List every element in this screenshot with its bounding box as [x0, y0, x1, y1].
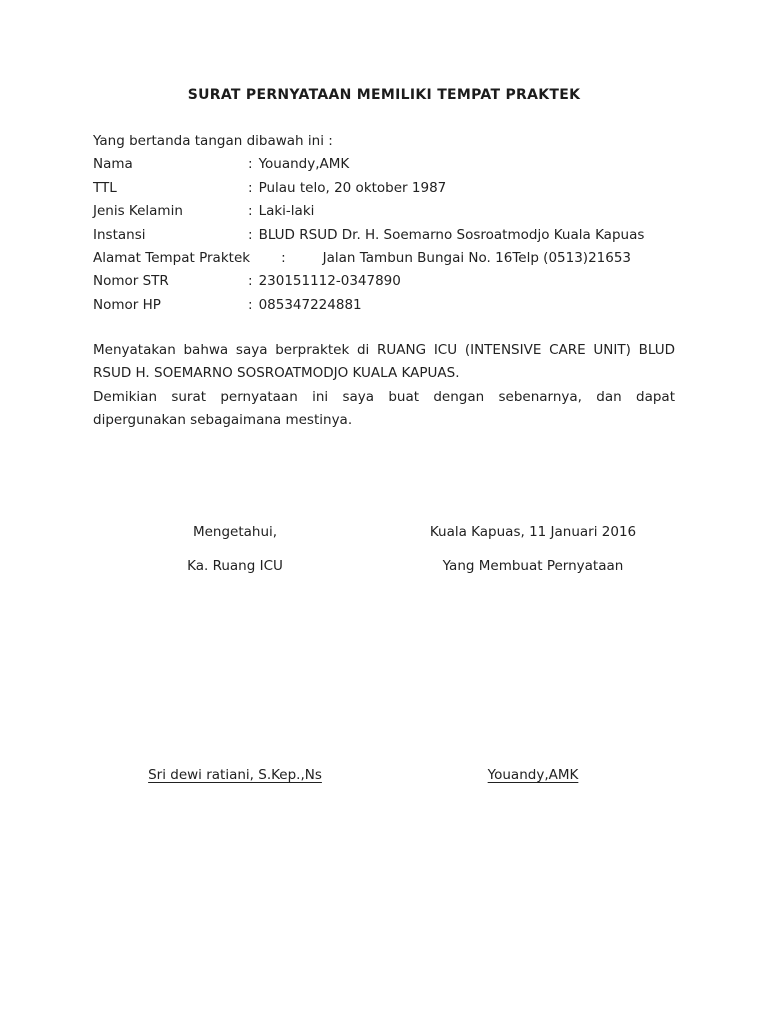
field-value: 085347224881	[259, 297, 362, 313]
field-row-nomor-str: Nomor STR:230151112-0347890	[93, 270, 675, 293]
field-separator: :	[281, 250, 286, 266]
field-label: Alamat Tempat Praktek	[93, 247, 250, 270]
field-separator: :	[248, 273, 253, 289]
field-value: Jalan Tambun Bungai No. 16Telp (0513)216…	[323, 250, 631, 266]
intro-line: Yang bertanda tangan dibawah ini :	[93, 130, 675, 153]
signature-right-date: Kuala Kapuas, 11 Januari 2016	[391, 522, 675, 542]
signature-left-heading: Mengetahui,	[93, 522, 377, 542]
field-label: Jenis Kelamin	[93, 200, 248, 223]
field-label: Nama	[93, 153, 248, 176]
field-row-nama: Nama:Youandy,AMK	[93, 153, 675, 176]
closing-paragraph: Demikian surat pernyataan ini saya buat …	[93, 386, 675, 433]
field-separator: :	[248, 297, 253, 313]
field-separator: :	[248, 180, 253, 196]
field-label: Nomor HP	[93, 294, 248, 317]
field-row-alamat-tempat-praktek: Alamat Tempat Praktek:Jalan Tambun Bunga…	[93, 247, 675, 270]
field-row-jenis-kelamin: Jenis Kelamin:Laki-laki	[93, 200, 675, 223]
field-value: Youandy,AMK	[259, 156, 350, 172]
document-title: SURAT PERNYATAAN MEMILIKI TEMPAT PRAKTEK	[0, 87, 768, 103]
document-page: SURAT PERNYATAAN MEMILIKI TEMPAT PRAKTEK…	[0, 0, 768, 1024]
signature-right-name: Youandy,AMK	[488, 767, 579, 783]
field-row-instansi: Instansi:BLUD RSUD Dr. H. Soemarno Sosro…	[93, 224, 675, 247]
field-separator: :	[248, 203, 253, 219]
field-separator: :	[248, 156, 253, 172]
field-row-ttl: TTL:Pulau telo, 20 oktober 1987	[93, 177, 675, 200]
field-label: Instansi	[93, 224, 248, 247]
statement-paragraph: Menyatakan bahwa saya berpraktek di RUAN…	[93, 339, 675, 386]
field-value: BLUD RSUD Dr. H. Soemarno Sosroatmodjo K…	[259, 227, 645, 243]
document-header-block: Yang bertanda tangan dibawah ini : Nama:…	[93, 130, 675, 317]
field-value: Pulau telo, 20 oktober 1987	[259, 180, 447, 196]
statement-body: Menyatakan bahwa saya berpraktek di RUAN…	[93, 339, 675, 433]
signature-right-name-wrap: Youandy,AMK	[391, 765, 675, 785]
signature-left-name: Sri dewi ratiani, S.Kep.,Ns	[148, 767, 322, 783]
field-value: Laki-laki	[259, 203, 315, 219]
signature-left-name-wrap: Sri dewi ratiani, S.Kep.,Ns	[93, 765, 377, 785]
signature-left-role: Ka. Ruang ICU	[93, 556, 377, 576]
field-value: 230151112-0347890	[259, 273, 401, 289]
field-label: TTL	[93, 177, 248, 200]
field-row-nomor-hp: Nomor HP:085347224881	[93, 294, 675, 317]
signature-right-role: Yang Membuat Pernyataan	[391, 556, 675, 576]
field-separator: :	[248, 227, 253, 243]
field-label: Nomor STR	[93, 270, 248, 293]
